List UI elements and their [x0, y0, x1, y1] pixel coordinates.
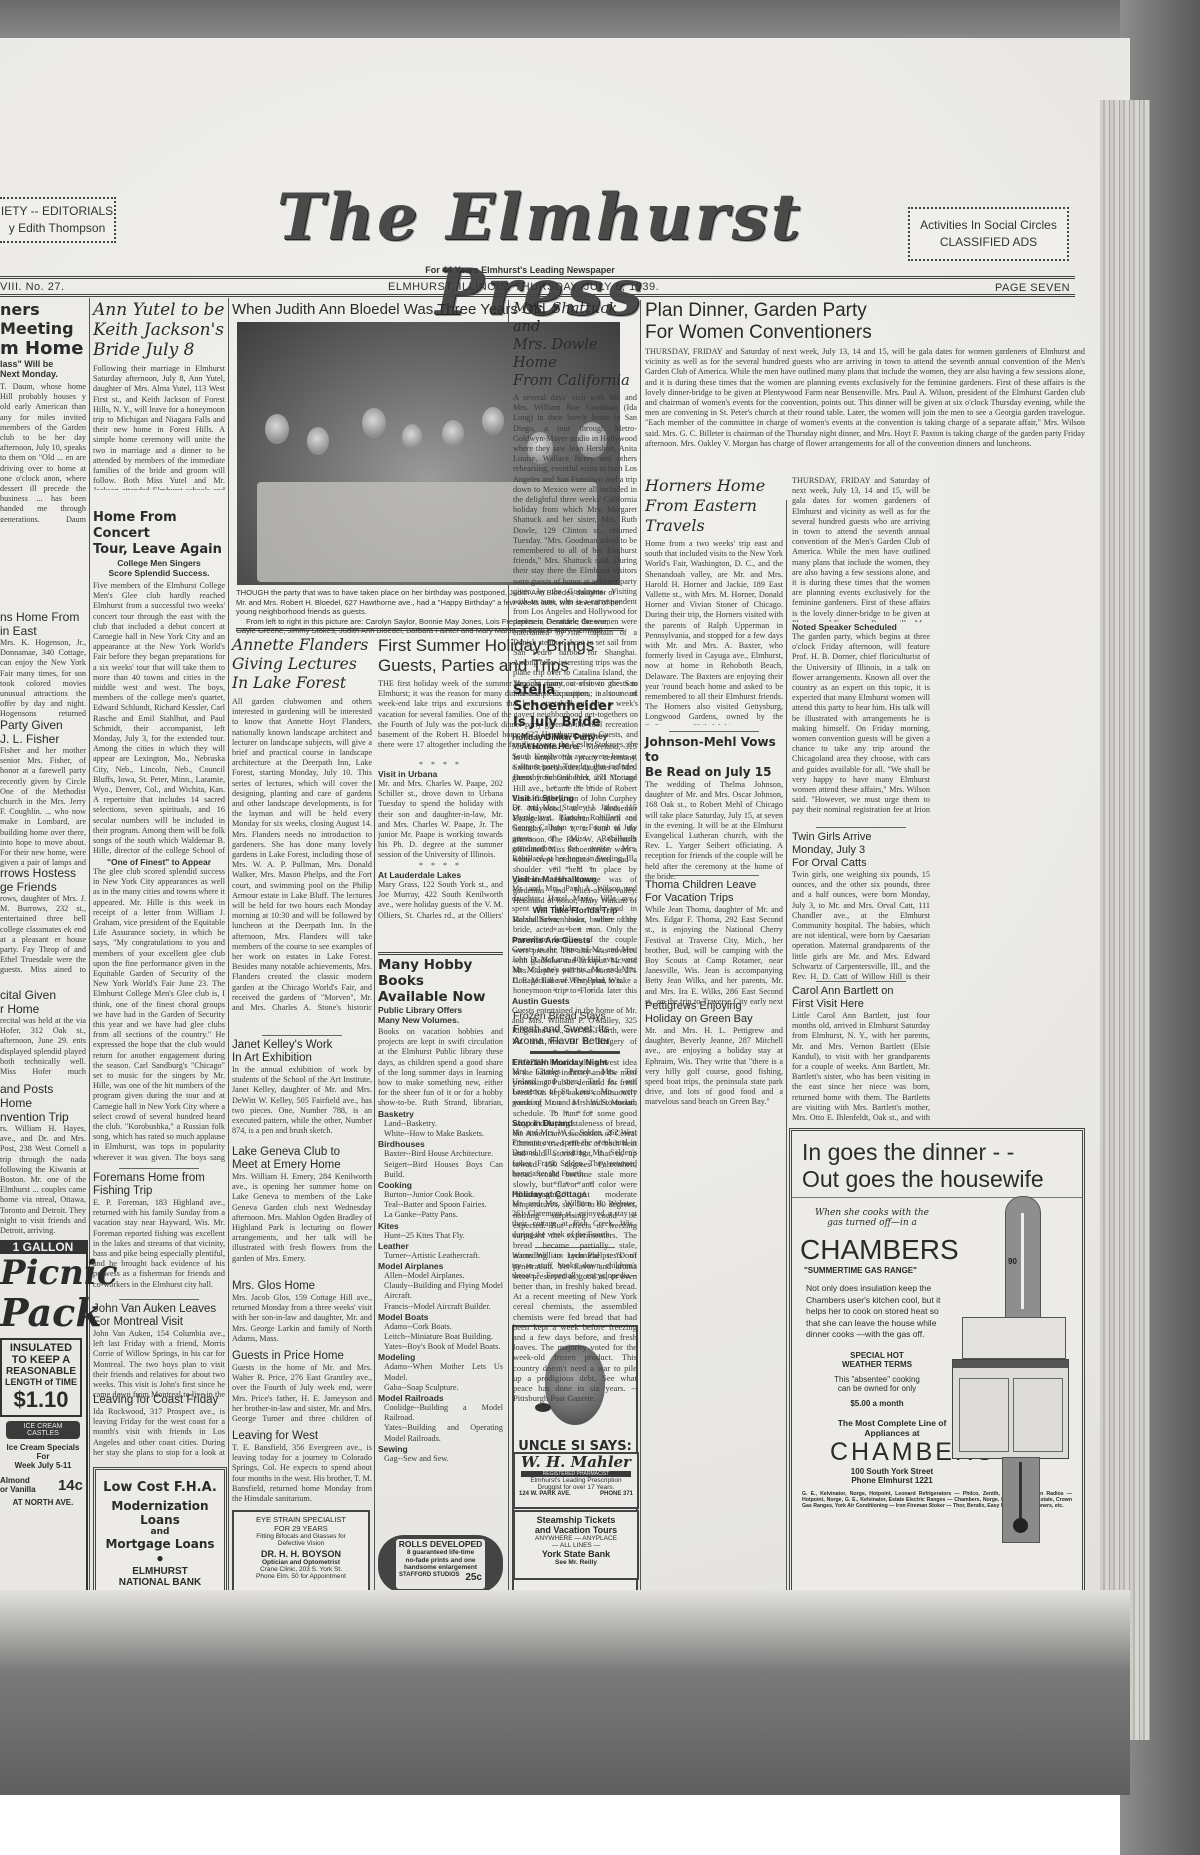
headline: ge Friends: [0, 880, 86, 894]
article-yutel: Ann Yutel to be Keith Jackson's Bride Ju…: [93, 300, 225, 490]
article-body: T. E. Bansfield, 356 Evergreen ave., is …: [232, 1443, 372, 1505]
range-stand: [1002, 1457, 1040, 1543]
article-hobby-books: Many Hobby Books Available Now Public Li…: [378, 952, 503, 1464]
ad-text: See Mr. Reilly: [515, 1559, 637, 1566]
ad-text: This "absentee" cooking: [792, 1375, 962, 1384]
hobby-book-item: Baxter--Bird House Architecture.: [378, 1149, 503, 1159]
hobby-book-item: Land--Basketry.: [378, 1119, 503, 1129]
left-ear-line-1: IETY -- EDITORIALS: [0, 199, 114, 220]
deck: lass" Will be: [0, 359, 86, 369]
divider: [530, 1051, 620, 1054]
headline: Fresh and Sweet; Its: [513, 1023, 637, 1036]
headline: rrows Hostess: [0, 866, 86, 880]
headline: Available Now: [378, 989, 503, 1005]
ad-address: 124 W. PARK AVE.: [519, 1491, 571, 1497]
right-ear-line-2: CLASSIFIED ADS: [910, 234, 1067, 251]
left-ear-line-2: y Edith Thompson: [0, 220, 114, 237]
ad-text: Defective Vision: [234, 1540, 368, 1547]
article-body: T. Daum, whose home Hill probably houses…: [0, 382, 86, 522]
article-body: Little Carol Ann Bartlett, just four mon…: [792, 1011, 930, 1123]
ad-flavor-row: Almond or Vanilla 14c: [0, 1476, 86, 1494]
section-body: Mary Grass, 122 South York st., and Joe …: [378, 880, 503, 922]
ad-text: Almond: [0, 1476, 36, 1485]
ad-text: SPECIAL HOT: [792, 1351, 962, 1360]
headline: Lake Geneva Club to: [232, 1146, 372, 1159]
article-glee-club: Home From Concert Tour, Leave Again Coll…: [93, 510, 225, 1163]
headline: Keith Jackson's: [93, 320, 225, 340]
article-price: Guests in Price Home Guests in the home …: [232, 1350, 372, 1425]
range-pipe: [1019, 1462, 1022, 1522]
headline: Monday, July 3: [792, 844, 930, 857]
ad-headline: In goes the dinner - -: [792, 1131, 1082, 1166]
ad-text: INSULATED: [4, 1342, 78, 1354]
article-col1-home-from-east: ns Home From in East Mrs. K. Hogenson, J…: [0, 610, 86, 720]
dateline: ELMHURST, ILLINOIS, THURSDAY, JULY 6, 19…: [388, 281, 659, 293]
headline: For Vacation Trips: [645, 892, 783, 905]
scan-shadow-bottom: [0, 1590, 1130, 1795]
headline: Home From Concert: [93, 510, 225, 542]
ad-text: Fitting Bifocals and Glasses for: [234, 1533, 368, 1540]
hobby-book-item: Adams--Cork Boats.: [378, 1322, 503, 1332]
hobby-book-item: Seigert--Bird Houses Boys Can Build.: [378, 1160, 503, 1180]
headline: For Orval Catts: [792, 857, 930, 870]
article-body: Guests in the home of Mr. and Mrs. Walte…: [232, 1363, 372, 1425]
headline: Stella Schoenheider: [513, 683, 637, 715]
article-plan-dinner-cont: THURSDAY, FRIDAY and Saturday of next we…: [792, 476, 930, 814]
deck: At Home Here.: [513, 741, 637, 751]
headline: From Eastern: [645, 496, 783, 516]
ad-text: Modernization Loans: [96, 1499, 224, 1527]
article-body: Roland Schoenheider, brother of the brid…: [513, 915, 637, 997]
article-frozen-bread: Frozen Bread Stays Fresh and Sweet; Its …: [513, 1010, 637, 1427]
ad-text: Druggist for over 17 Years.: [515, 1484, 637, 1491]
article-foremans: Foremans Home from Fishing Trip E. P. Fo…: [93, 1165, 225, 1310]
ad-text: and: [96, 1527, 224, 1537]
hobby-book-item: Gag--Sew and Sew.: [378, 1454, 503, 1464]
ad-text: or Vanilla: [0, 1485, 36, 1494]
hobby-category: Cooking: [378, 1180, 503, 1190]
article-coast: Leaving for Coast Friday Ida Rockwood, 3…: [93, 1394, 225, 1459]
article-body: Mr. and Mrs. H. L. Pettigrew and daughte…: [645, 1026, 783, 1118]
headline: For Women Conventioners: [645, 322, 1085, 344]
masthead-tagline: For 44 Years Elmhurst's Leading Newspape…: [410, 265, 630, 275]
ad-text: ANYWHERE — ANYPLACE: [515, 1535, 637, 1542]
headline: Mrs. Glos Home: [232, 1280, 372, 1293]
divider: [262, 1035, 342, 1036]
ad-price: 25c: [465, 1572, 482, 1583]
article-kelley: Janet Kelley's Work In Art Exhibition In…: [232, 1032, 372, 1147]
column-rule: [89, 298, 90, 1598]
thermometer-tube: [1021, 1213, 1024, 1309]
separator-stars: * * * *: [378, 861, 503, 870]
ad-text: no-fade prints and one: [396, 1557, 485, 1565]
article-bartlett: Carol Ann Bartlett on First Visit Here L…: [792, 978, 930, 1123]
article-west: Leaving for West T. E. Bansfield, 356 Ev…: [232, 1430, 372, 1505]
article-horners: Horners Home From Eastern Travels Home f…: [645, 476, 783, 725]
divider: [669, 875, 759, 876]
ad-picnic-box: INSULATED TO KEEP A REASONABLE LENGTH of…: [0, 1338, 82, 1417]
ad-picnic-script: Picnic: [0, 1254, 86, 1292]
deck: Many New Volumes.: [378, 1015, 503, 1025]
page-number: PAGE SEVEN: [995, 282, 1070, 294]
ad-text: FOR 29 YEARS: [234, 1524, 368, 1533]
headline: Horners Home: [645, 476, 783, 496]
hobby-book-item: Yates--Boy's Book of Model Boats.: [378, 1342, 503, 1352]
ad-text: ROLLS DEVELOPED: [396, 1539, 485, 1549]
headline: Janet Kelley's Work: [232, 1039, 372, 1052]
column-rule: [228, 298, 229, 1598]
headline: Mrs. Dowle Home: [513, 336, 637, 372]
ad-text: Phone Elm. 50 for Appointment: [234, 1573, 368, 1580]
article-col1-meeting: ners Meeting m Home lass" Will be Next M…: [0, 300, 86, 522]
article-body: Mrs. Jacob Glos, 159 Cottage Hill ave., …: [232, 1293, 372, 1345]
headline: First Visit Here: [792, 998, 930, 1011]
divider: [119, 1299, 199, 1300]
headline: ns Home From: [0, 610, 86, 624]
article-col1-convention: and Posts Home nvention Trip rs. William…: [0, 1082, 86, 1246]
bullet-icon: ●: [96, 1551, 224, 1566]
subhead: Noted Speaker Scheduled: [792, 622, 930, 632]
ad-price: $5.00 a month: [792, 1399, 962, 1408]
article-col1-burrows: rrows Hostess ge Friends rows, daughter …: [0, 866, 86, 976]
hobby-book-item: La Ganke--Patty Pans.: [378, 1210, 503, 1220]
separator-stars: * * * *: [378, 760, 503, 769]
article-body: rs. William H. Hayes, ave., and Dr. and …: [0, 1124, 86, 1246]
article-body: The wedding of Thelma Johnson, daughter …: [645, 780, 783, 882]
hobby-book-item: Allen--Model Airplanes.: [378, 1271, 503, 1281]
gas-range-icon: [952, 1359, 1069, 1459]
article-body: The garden party, which begins at three …: [792, 632, 930, 814]
hobby-category: Basketry: [378, 1109, 503, 1119]
headline: nvention Trip: [0, 1110, 86, 1124]
hobby-book-item: Turner--Artistic Leathercraft.: [378, 1251, 503, 1261]
article-body: All garden clubwomen and others interest…: [232, 697, 372, 1013]
ad-price: $1.10: [4, 1387, 78, 1413]
ad-rolls-footer: STAFFORD STUDIOS 25c: [396, 1572, 485, 1583]
headline: Tour, Leave Again: [93, 542, 225, 558]
ad-text: WEATHER TERMS: [792, 1360, 962, 1369]
ad-phone: PHONE 371: [600, 1491, 633, 1497]
article-body: Mrs. William H. Emery, 284 Kenilworth av…: [232, 1172, 372, 1274]
hobby-book-item: Teal--Batter and Spoon Fairies.: [378, 1200, 503, 1210]
oven-door: [959, 1378, 1009, 1452]
ad-brand: ICE CREAM CASTLES: [6, 1421, 80, 1439]
article-body: Twin girls, one weighing six pounds, 15 …: [792, 870, 930, 982]
subhead: "One of Finest" to Appear: [93, 857, 225, 867]
ad-picnic-pack: 1 GALLON Picnic Pack INSULATED TO KEEP A…: [0, 1240, 88, 1592]
headline: Bride July 8: [93, 340, 225, 360]
article-body: E. P. Foreman, 183 Highland ave., return…: [93, 1198, 225, 1310]
hobby-category: Sewing: [378, 1444, 503, 1454]
article-body: THURSDAY, FRIDAY and Saturday of next we…: [645, 347, 1085, 459]
headline: Plan Dinner, Garden Party: [645, 300, 1085, 322]
ad-headline: Out goes the housewife: [792, 1166, 1082, 1198]
ad-phone: Phone Elmhurst 1221: [792, 1476, 992, 1485]
hobby-book-item: Yates--Building and Operating Model Rail…: [378, 1423, 503, 1443]
article-van-auken: John Van Auken Leaves For Montreal Visit…: [93, 1296, 225, 1401]
hobby-book-item: Leitch--Miniature Boat Building.: [378, 1332, 503, 1342]
thermometer-icon: 90: [1005, 1196, 1041, 1318]
ad-text: Week July 5-11: [0, 1461, 86, 1470]
hobby-book-item: Coolidge--Building a Model Railroad.: [378, 1403, 503, 1423]
child-face: [442, 420, 464, 448]
article-body: Following their marriage in Elmhurst Sat…: [93, 364, 225, 490]
headline: For Montreal Visit: [93, 1316, 225, 1329]
article-body: Home from a two weeks' trip east and sou…: [645, 539, 783, 725]
headline: Pettigrews Enjoying: [645, 1000, 783, 1013]
article-body: In the annual exhibition of work by stud…: [232, 1065, 372, 1147]
subhead: Will Take Florida Trip: [513, 905, 637, 915]
headline: Frozen Bread Stays: [513, 1010, 637, 1023]
headline: Guests in Price Home: [232, 1350, 372, 1363]
headline: Leaving for West: [232, 1430, 372, 1443]
ad-text: TO KEEP A: [4, 1354, 78, 1366]
child-face: [265, 414, 289, 444]
headline: Be Read on July 15: [645, 765, 783, 780]
headline: Twin Girls Arrive: [792, 831, 930, 844]
section-body: Mr. and Mrs. Charles W. Paape, 202 Schil…: [378, 779, 503, 861]
child-face: [307, 427, 329, 455]
divider: [530, 679, 620, 680]
hobby-category: Leather: [378, 1241, 503, 1251]
ad-text: REASONABLE: [4, 1366, 78, 1377]
headline: r Home: [0, 1002, 86, 1016]
column-rule: [640, 300, 641, 1600]
deck: Mr. and Mrs. Curphey: [513, 731, 637, 741]
article-body: Mrs. K. Hogenson, Jr., Donnamae, 340 Cot…: [0, 638, 86, 720]
child-face: [402, 424, 422, 450]
article-body: Ida Rockwood, 317 Prospect ave., is leav…: [93, 1407, 225, 1459]
hobby-book-item: Adams--When Mother Lets Us Model.: [378, 1362, 503, 1382]
headline: Travels: [645, 516, 783, 536]
divider: [816, 981, 906, 982]
headline: Giving Lectures: [232, 655, 372, 674]
headline: ners Meeting: [0, 300, 86, 338]
holiday-col-a: * * * * Visit in Urbana Mr. and Mrs. Cha…: [378, 760, 503, 922]
section-title: Visit in Urbana: [378, 769, 503, 779]
hobby-book-item: Burton--Junior Cook Book.: [378, 1190, 503, 1200]
ad-text: Optician and Optometrist: [234, 1559, 368, 1566]
hobby-category: Model Airplanes: [378, 1261, 503, 1271]
section-title: Austin Guests: [512, 996, 637, 1006]
headline: and Posts Home: [0, 1082, 86, 1110]
headline: Carol Ann Bartlett on: [792, 985, 930, 998]
ad-mahler-pharmacy: W. H. Mahler REGISTERED PHARMACIST Elmhu…: [513, 1452, 639, 1509]
article-glos: Mrs. Glos Home Mrs. Jacob Glos, 159 Cott…: [232, 1280, 372, 1345]
hobby-category: Model Boats: [378, 1312, 503, 1322]
range-knob: [1013, 1518, 1028, 1533]
article-body: FROZEN bread is the newest idea in the b…: [513, 1057, 637, 1427]
ad-address: 100 South York Street: [792, 1467, 992, 1476]
ad-text: 8 guaranteed life-time: [396, 1549, 485, 1557]
ad-location: AT NORTH AVE.: [0, 1498, 86, 1507]
deck: Public Library Offers: [378, 1005, 503, 1015]
headline: Annette Flanders: [232, 636, 372, 655]
article-shattuck: Mrs. Shattuck and Mrs. Dowle Home From C…: [513, 300, 637, 699]
ad-body: Not only does insulation keep the Chambe…: [792, 1275, 946, 1341]
oven-door: [1013, 1378, 1063, 1452]
ad-steamship: Steamship Tickets and Vacation Tours ANY…: [513, 1510, 639, 1580]
article-thoma: Thoma Children Leave For Vacation Trips …: [645, 872, 783, 1007]
child-face: [362, 408, 386, 438]
ad-text: Crane Clinic, 203 S. York St.: [234, 1566, 368, 1573]
masthead-rule-bottom: [0, 294, 1075, 297]
headline: Fishing Trip: [93, 1185, 225, 1198]
article-johnson-mehl: Johnson-Mehl Vows to Be Read on July 15 …: [645, 728, 783, 882]
child-face: [482, 407, 504, 435]
ad-text: gas turned off—in a: [792, 1218, 952, 1228]
hobby-book-item: Francis--Model Aircraft Builder.: [378, 1302, 503, 1312]
article-body: THURSDAY, FRIDAY and Saturday of next we…: [792, 476, 930, 622]
article-body: While Jean Thoma, daughter of Mr. and Mr…: [645, 905, 783, 1007]
ad-rolls-panel: ROLLS DEVELOPED 8 guaranteed life-time n…: [396, 1539, 485, 1589]
hobby-category: Modeling: [378, 1352, 503, 1362]
article-body: Fisher and her mother senior Mrs. Fisher…: [0, 746, 86, 868]
article-lake-geneva: Lake Geneva Club to Meet at Emery Home M…: [232, 1146, 372, 1274]
ad-text: ELMHURST: [96, 1566, 224, 1577]
headline: m Home: [0, 338, 86, 359]
ad-text: — ALL LINES —: [515, 1542, 637, 1549]
headline: Thoma Children Leave: [645, 879, 783, 892]
column-rule: [374, 780, 375, 1600]
ad-name: W. H. Mahler: [515, 1454, 637, 1471]
headline: Leaving for Coast Friday: [93, 1394, 225, 1407]
ad-text: When she cooks with the: [792, 1208, 952, 1218]
headline: in East: [0, 624, 86, 638]
divider: [816, 827, 906, 828]
section-title: At Lauderdale Lakes: [378, 870, 503, 880]
hobby-book-item: White--How to Make Baskets.: [378, 1129, 503, 1139]
ad-text: Mortgage Loans: [96, 1537, 224, 1551]
article-twins: Twin Girls Arrive Monday, July 3 For Orv…: [792, 824, 930, 982]
page-binding-edge: [1100, 100, 1150, 1740]
article-body: The glee club scored splendid success in…: [93, 867, 225, 1163]
ad-text: and Vacation Tours: [515, 1525, 637, 1535]
left-ear-box: IETY -- EDITORIALS y Edith Thompson: [0, 197, 116, 243]
deck: Score Splendid Success.: [93, 568, 225, 578]
ad-price: 14c: [58, 1477, 86, 1494]
ad-text: STAFFORD STUDIOS: [399, 1572, 460, 1583]
ad-mahler-footer: 124 W. PARK AVE. PHONE 371: [515, 1491, 637, 1497]
hobby-book-item: Gaba--Soap Sculpture.: [378, 1383, 503, 1393]
ad-text: Elmhurst's Leading Prescription: [515, 1477, 637, 1484]
ad-text: Ice Cream Specials For: [0, 1443, 86, 1461]
headline: John Van Auken Leaves: [93, 1303, 225, 1316]
thermometer-reading: 90: [1008, 1257, 1017, 1266]
headline: In Art Exhibition: [232, 1052, 372, 1065]
hobby-category: Kites: [378, 1221, 503, 1231]
article-body: Books on vacation hobbies and projects a…: [378, 1027, 503, 1109]
headline: Foremans Home from: [93, 1172, 225, 1185]
headline: cital Given: [0, 988, 86, 1002]
ad-picnic-top: 1 GALLON: [0, 1240, 86, 1254]
volume-number: VIII. No. 27.: [0, 281, 65, 293]
article-body: Five members of the Elmhurst College Men…: [93, 581, 225, 857]
masthead-rule-top: [0, 276, 1075, 279]
ad-text: can be owned for only: [792, 1384, 962, 1393]
range-top: [953, 1360, 1068, 1368]
ad-rolls-developed: ROLLS DEVELOPED 8 guaranteed life-time n…: [378, 1535, 503, 1593]
ad-text: York State Bank: [515, 1549, 637, 1559]
ad-text: Steamship Tickets: [515, 1515, 637, 1525]
headline: Party Given: [0, 718, 86, 732]
right-ear-box: Activities In Social Circles CLASSIFIED …: [908, 207, 1069, 261]
ad-text: LENGTH of TIME: [4, 1377, 78, 1387]
headline: Holiday on Green Bay: [645, 1013, 783, 1026]
scan-background-top: [0, 0, 1200, 40]
headline: Many Hobby Books: [378, 957, 503, 989]
headline: J. L. Fisher: [0, 732, 86, 746]
ad-boyson: EYE STRAIN SPECIALIST FOR 29 YEARS Fitti…: [232, 1510, 370, 1596]
headline: Aroma, Flavor Better: [513, 1035, 637, 1048]
article-body: recital was held at the via Hofer, 312 O…: [0, 1016, 86, 1078]
ad-picnic-script: Pack: [0, 1292, 86, 1334]
article-body: John Van Auken, 154 Columbia ave., left …: [93, 1329, 225, 1401]
headline: Is July Bride: [513, 715, 637, 731]
hobby-book-item: Claudy--Building and Flying Model Aircra…: [378, 1281, 503, 1301]
hobby-book-item: Hunt--25 Kites That Fly.: [378, 1231, 503, 1241]
article-col1-recital: cital Given r Home recital was held at t…: [0, 988, 86, 1078]
hobby-book-list: BasketryLand--Basketry.White--How to Mak…: [378, 1109, 503, 1464]
headline: Meet at Emery Home: [232, 1159, 372, 1172]
ad-text: NATIONAL BANK: [96, 1577, 224, 1588]
ad-name: DR. H. H. BOYSON: [234, 1549, 368, 1559]
hobby-category: Model Railroads: [378, 1393, 503, 1403]
ad-text: EYE STRAIN SPECIALIST: [234, 1515, 368, 1524]
article-schoenheider: Stella Schoenheider Is July Bride Mr. an…: [513, 676, 637, 997]
article-body: A several days' visit with Mr. and Mrs. …: [513, 393, 637, 699]
divider: [669, 731, 759, 732]
hobby-category: Birdhouses: [378, 1139, 503, 1149]
ad-text: handsome enlargement: [396, 1564, 485, 1572]
article-body: rows, daughter of Mrs. J. M. Burrows, 23…: [0, 894, 86, 976]
headline: From California: [513, 372, 637, 390]
column-rule: [786, 500, 787, 1620]
headline: Johnson-Mehl Vows to: [645, 735, 783, 765]
ad-text: Low Cost F.H.A.: [96, 1480, 224, 1495]
headline: In Lake Forest: [232, 674, 372, 693]
headline: Mrs. Shattuck and: [513, 300, 637, 336]
article-pettigrews: Pettigrews Enjoying Holiday on Green Bay…: [645, 1000, 783, 1118]
deck: Next Monday.: [0, 369, 86, 379]
article-flanders: Annette Flanders Giving Lectures In Lake…: [232, 636, 372, 1013]
deck: College Men Singers: [93, 558, 225, 568]
range-backsplash: [962, 1317, 1066, 1359]
ad-fha-loans: Low Cost F.H.A. Modernization Loans and …: [93, 1467, 227, 1601]
divider: [119, 1168, 199, 1169]
article-col1-party: Party Given J. L. Fisher Fisher and her …: [0, 718, 86, 868]
headline: Ann Yutel to be: [93, 300, 225, 320]
ad-chambers-range: In goes the dinner - - Out goes the hous…: [789, 1128, 1085, 1596]
article-body: In a simple but pretty ceremony, Stella …: [513, 753, 637, 905]
article-plan-dinner: Plan Dinner, Garden Party For Women Conv…: [645, 300, 1085, 459]
right-ear-line-1: Activities In Social Circles: [910, 209, 1067, 234]
